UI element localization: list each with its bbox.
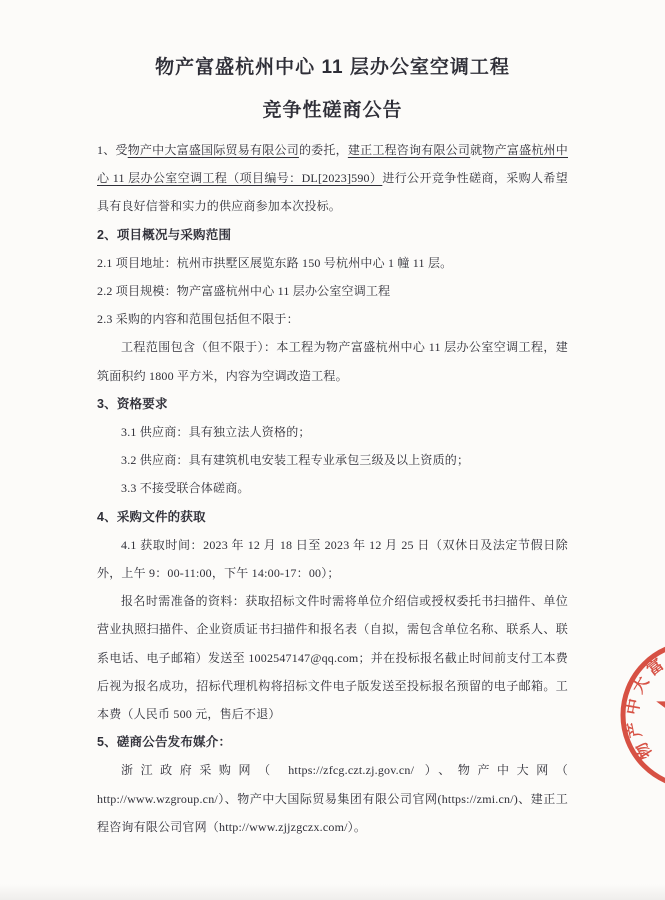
paragraph-8: 3.1 供应商：具有独立法人资格的；	[97, 418, 568, 446]
paragraph-13: 报名时需准备的资料：获取招标文件时需将单位介绍信或授权委托书扫描件、单位营业执照…	[97, 587, 568, 728]
text-segment: 工程范围包含（但不限于）：本工程为物产富盛杭州中心 11 层办公室空调工程，建筑…	[97, 340, 568, 382]
paragraph-14: 5、磋商公告发布媒介：	[97, 728, 568, 756]
text-segment: 2.2 项目规模：物产富盛杭州中心 11 层办公室空调工程	[97, 284, 390, 298]
seal-company-name: 物产中大富盛国际贸易有限公司	[622, 642, 665, 783]
paragraph-9: 3.2 供应商：具有建筑机电安装工程专业承包三级及以上资质的；	[97, 446, 568, 474]
underlined-text: 建正工程咨询有限公司	[348, 143, 470, 157]
paragraph-11: 4、采购文件的获取	[97, 503, 568, 531]
text-segment: 3.1 供应商：具有独立法人资格的；	[121, 425, 311, 439]
text-segment: 4.1 获取时间：2023 年 12 月 18 日至 2023 年 12 月 2…	[97, 538, 568, 580]
underlined-text: 物产中大富盛国际贸易有限公司	[128, 143, 299, 157]
paragraph-6: 工程范围包含（但不限于）：本工程为物产富盛杭州中心 11 层办公室空调工程，建筑…	[97, 333, 568, 389]
svg-text:物产中大富盛国际贸易有限公司: 物产中大富盛国际贸易有限公司	[622, 642, 665, 783]
text-segment: 1、受	[97, 143, 128, 157]
document-title-line2: 竞争性磋商公告	[97, 93, 568, 128]
page-bottom-scan-shade	[0, 884, 665, 900]
paragraph-1: 1、受物产中大富盛国际贸易有限公司的委托，建正工程咨询有限公司就物产富盛杭州中心…	[97, 136, 568, 221]
paragraph-7: 3、资格要求	[97, 390, 568, 418]
text-segment: 2.1 项目地址：杭州市拱墅区展览东路 150 号杭州中心 1 幢 11 层。	[97, 256, 452, 270]
text-segment: 3、资格要求	[97, 397, 168, 411]
text-segment: 5、磋商公告发布媒介：	[97, 735, 231, 749]
text-segment: 浙江政府采购网（ https://zfcg.czt.zj.gov.cn/ ）、物…	[97, 763, 568, 833]
document-title-line1: 物产富盛杭州中心 11 层办公室空调工程	[97, 50, 568, 85]
text-segment: 就	[470, 143, 482, 157]
paragraph-5: 2.3 采购的内容和范围包括但不限于：	[97, 305, 568, 333]
seal-star-icon	[656, 671, 665, 751]
text-segment: 报名时需准备的资料：获取招标文件时需将单位介绍信或授权委托书扫描件、单位营业执照…	[97, 594, 568, 721]
text-segment: 2.3 采购的内容和范围包括但不限于：	[97, 312, 299, 326]
paragraph-10: 3.3 不接受联合体磋商。	[97, 474, 568, 502]
text-segment: 2、项目概况与采购范围	[97, 228, 231, 242]
text-segment: 的委托，	[299, 143, 348, 157]
text-segment: 3.3 不接受联合体磋商。	[121, 481, 250, 495]
text-segment: 4、采购文件的获取	[97, 510, 206, 524]
paragraph-2: 2、项目概况与采购范围	[97, 221, 568, 249]
paragraph-3: 2.1 项目地址：杭州市拱墅区展览东路 150 号杭州中心 1 幢 11 层。	[97, 249, 568, 277]
paragraph-15: 浙江政府采购网（ https://zfcg.czt.zj.gov.cn/ ）、物…	[97, 756, 568, 841]
paragraph-4: 2.2 项目规模：物产富盛杭州中心 11 层办公室空调工程	[97, 277, 568, 305]
document-body: 1、受物产中大富盛国际贸易有限公司的委托，建正工程咨询有限公司就物产富盛杭州中心…	[97, 136, 568, 841]
scanned-document-page: 物产富盛杭州中心 11 层办公室空调工程 竞争性磋商公告 1、受物产中大富盛国际…	[0, 0, 665, 900]
paragraph-12: 4.1 获取时间：2023 年 12 月 18 日至 2023 年 12 月 2…	[97, 531, 568, 587]
seal-ring	[623, 643, 665, 787]
document-content: 物产富盛杭州中心 11 层办公室空调工程 竞争性磋商公告 1、受物产中大富盛国际…	[97, 50, 568, 841]
text-segment: 3.2 供应商：具有建筑机电安装工程专业承包三级及以上资质的；	[121, 453, 469, 467]
